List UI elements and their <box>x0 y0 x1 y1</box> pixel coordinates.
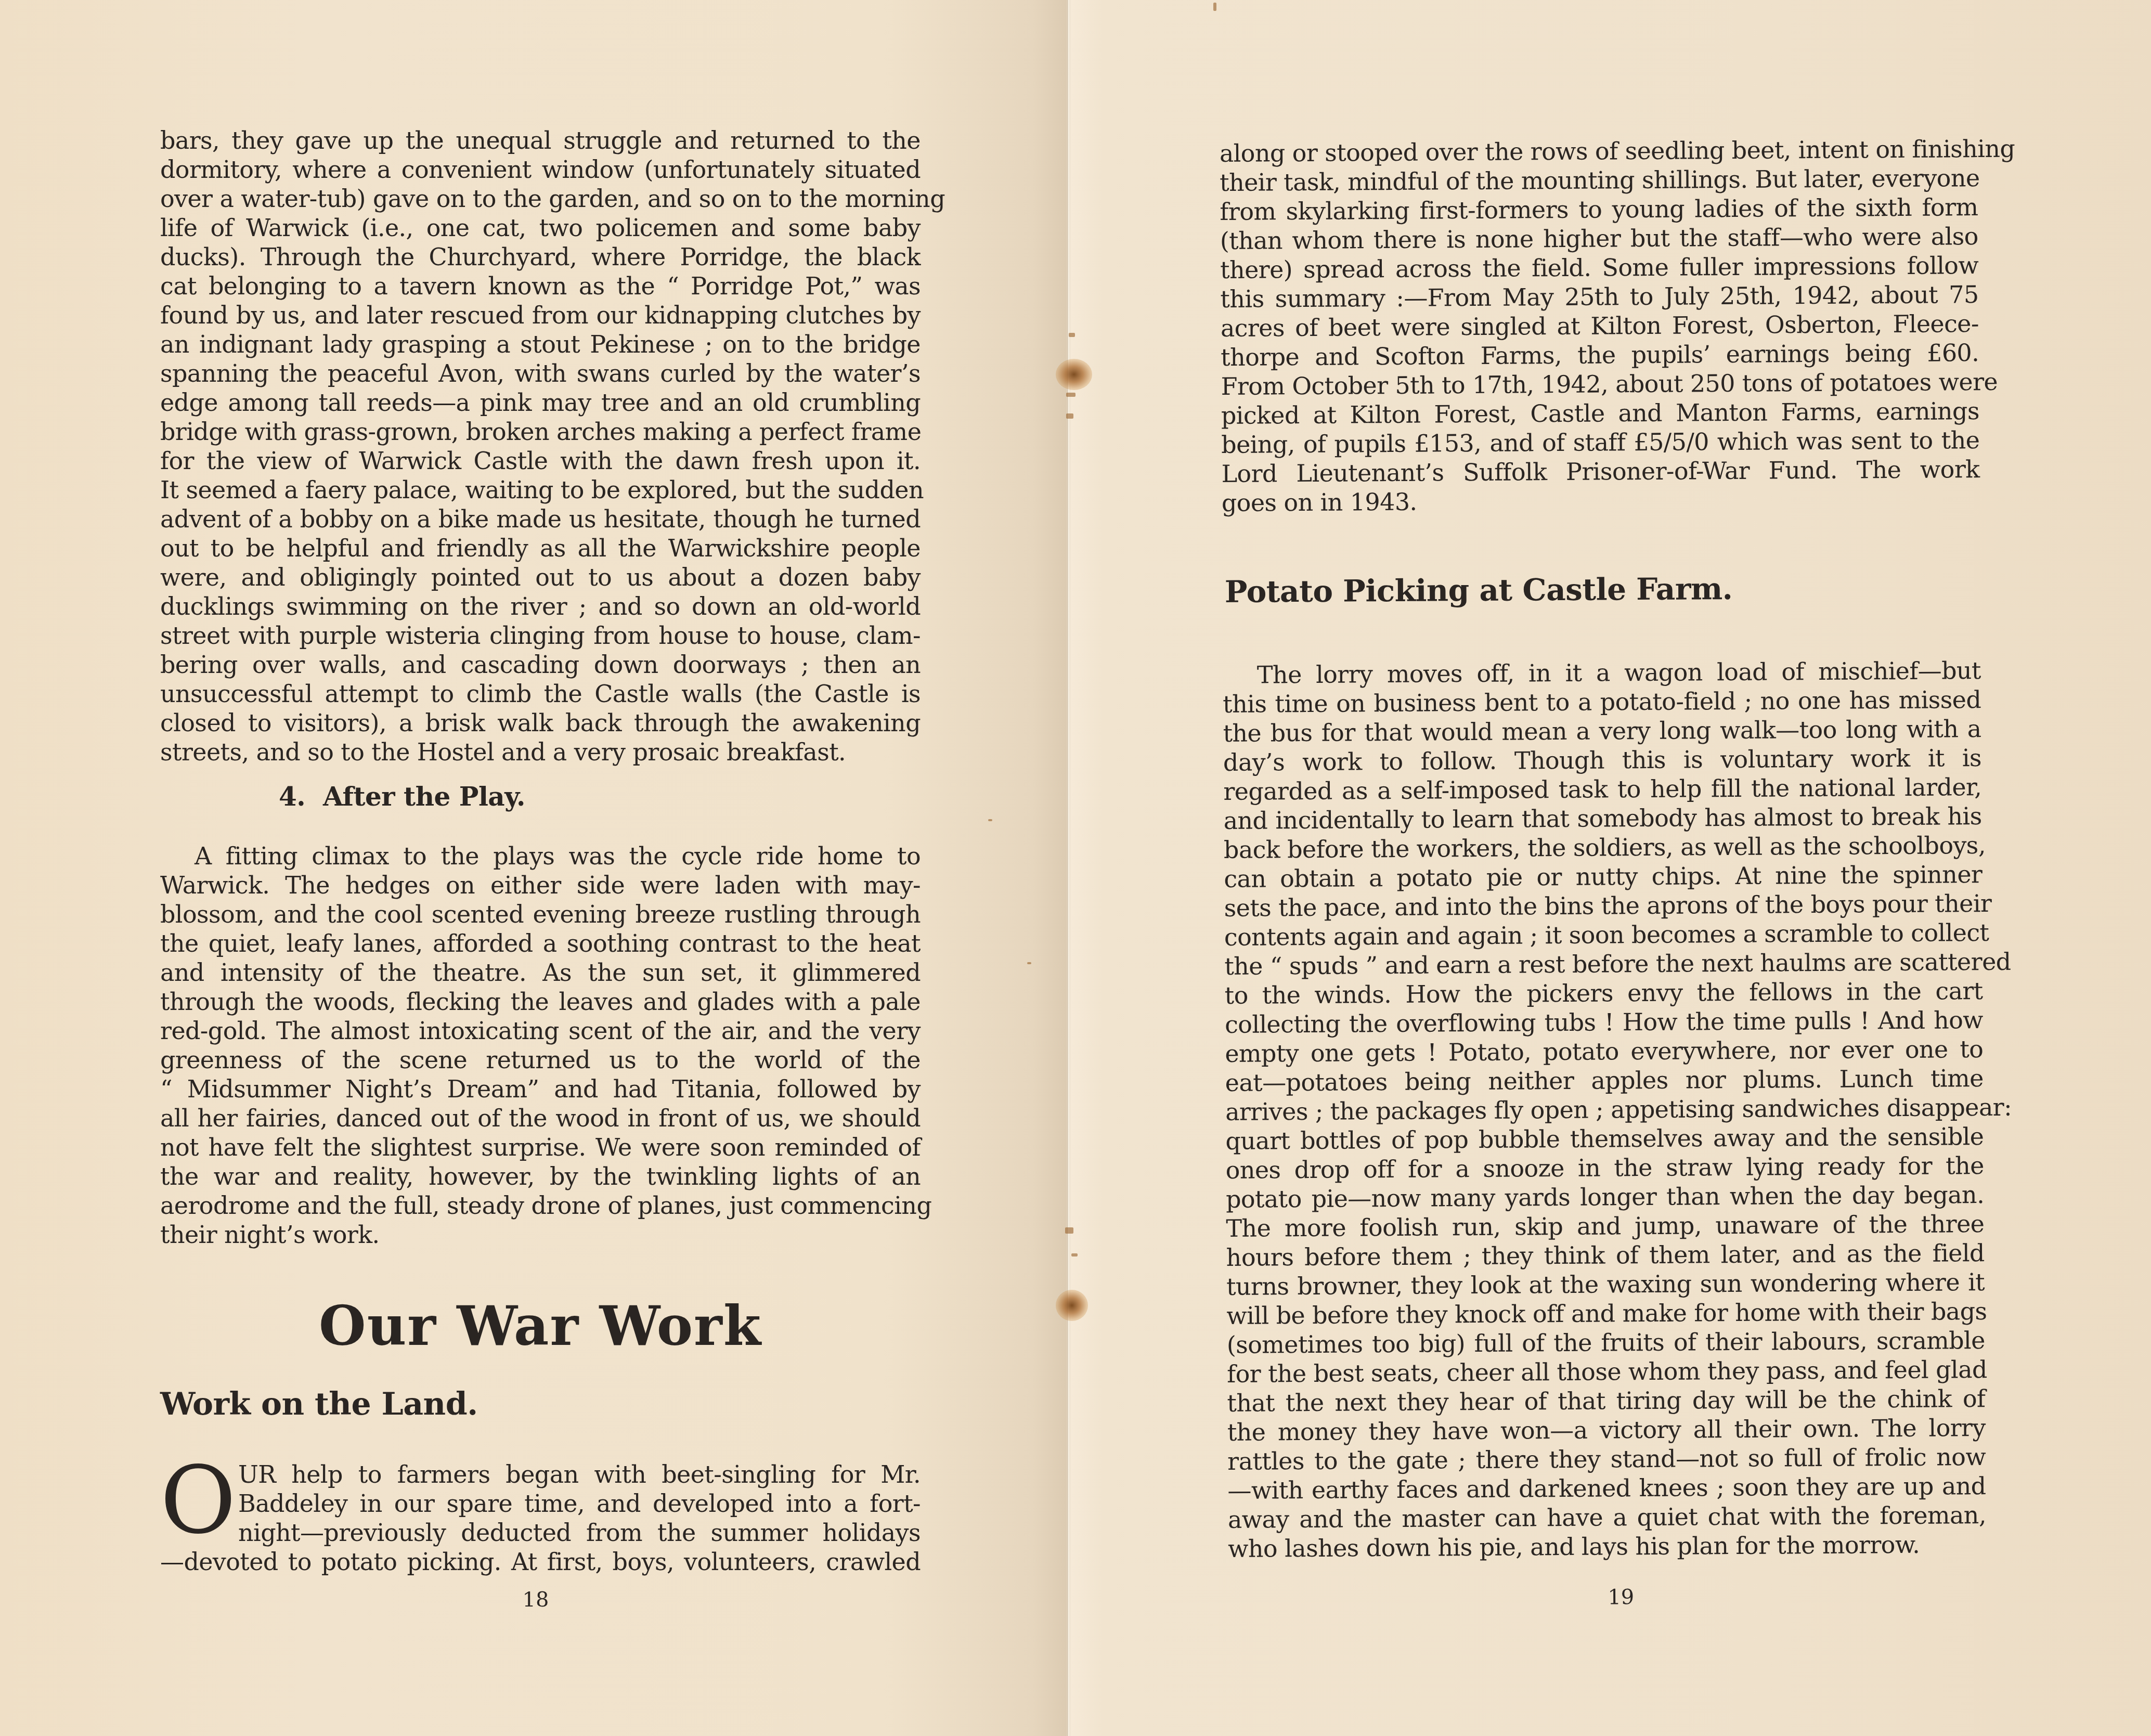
booklet-spread: bars, they gave up the unequal struggle … <box>0 0 2151 1736</box>
text-line: The more foolish run, skip and jump, una… <box>1226 1209 1984 1243</box>
text-line: cat belonging to a tavern known as the “… <box>160 271 921 301</box>
text-line: bridge with grass-grown, broken arches m… <box>160 417 921 446</box>
staple-stain-bottom <box>1056 1290 1088 1321</box>
text-line: closed to visitors), a brisk walk back t… <box>160 708 921 737</box>
text-line: rattles to the gate ; there they stand—n… <box>1227 1442 1986 1476</box>
text-line: ones drop off for a snooze in the straw … <box>1226 1151 1984 1185</box>
gutter-fold <box>1067 0 1070 1736</box>
text-line: and intensity of the theatre. As the sun… <box>160 958 921 987</box>
text-line: eat—potatoes being neither apples nor pl… <box>1225 1064 1984 1097</box>
text-line: to the winds. How the pickers envy the f… <box>1225 976 1983 1010</box>
text-line: bering over walls, and cascading down do… <box>160 650 921 679</box>
text-line: thorpe and Scofton Farms, the pupils’ ea… <box>1221 338 1979 372</box>
text-line: found by us, and later rescued from our … <box>160 301 921 330</box>
rust-speck <box>1065 1227 1073 1234</box>
subheading-work-on-the-land: Work on the Land. <box>160 1389 478 1420</box>
text-line: their night’s work. <box>160 1220 921 1249</box>
section-number: 4. <box>279 781 305 812</box>
text-line: night—previously deducted from the summe… <box>160 1518 921 1547</box>
text-line: from skylarking first-formers to young l… <box>1220 192 1978 226</box>
text-line: for the best seats, cheer all those whom… <box>1227 1355 1985 1389</box>
text-line: quart bottles of pop bubble themselves a… <box>1225 1122 1984 1156</box>
text-line: along or stooped over the rows of seedli… <box>1220 134 1978 168</box>
text-line: —with earthy faces and darkened knees ; … <box>1227 1471 1986 1505</box>
staple-stain-top <box>1056 359 1092 390</box>
text-line: aerodrome and the full, steady drone of … <box>160 1191 921 1220</box>
text-line: From October 5th to 17th, 1942, about 25… <box>1221 367 1979 401</box>
text-line: the bus for that would mean a very long … <box>1223 714 1981 748</box>
text-line: the “ spuds ” and earn a rest before the… <box>1224 947 1982 981</box>
text-line: blossom, and the cool scented evening br… <box>160 900 921 929</box>
text-line: not have felt the slightest surprise. We… <box>160 1133 921 1162</box>
text-line: Baddeley in our spare time, and develope… <box>160 1489 921 1518</box>
text-line: the war and reality, however, by the twi… <box>160 1162 921 1191</box>
text-line: all her fairies, danced out of the wood … <box>160 1104 921 1133</box>
rust-speck <box>1213 3 1216 11</box>
text-line: back before the workers, the soldiers, a… <box>1224 831 1982 864</box>
text-line: contents again and again ; it soon becom… <box>1224 918 1982 952</box>
text-line: advent of a bobby on a bike made us hesi… <box>160 504 921 534</box>
text-line: bars, they gave up the unequal struggle … <box>160 126 921 155</box>
text-line: dormitory, where a convenient window (un… <box>160 155 921 184</box>
text-line: streets, and so to the Hostel and a very… <box>160 737 921 767</box>
text-line: out to be helpful and friendly as all th… <box>160 534 921 563</box>
text-line: hours before them ; they think of them l… <box>1226 1238 1985 1272</box>
text-line: and incidentally to learn that somebody … <box>1223 801 1981 835</box>
text-line: goes on in 1943. <box>1222 484 1980 517</box>
text-line: regarded as a self-imposed task to help … <box>1223 772 1981 806</box>
text-line: their task, mindful of the mounting shil… <box>1220 163 1978 197</box>
text-line: collecting the overflowing tubs ! How th… <box>1225 1005 1983 1039</box>
rust-speck <box>1069 333 1075 337</box>
text-line: the money they have won—a victory all th… <box>1227 1413 1986 1447</box>
text-line: being, of pupils £153, and of staff £5/5… <box>1221 425 1979 459</box>
text-line: ducklings swimming on the river ; and so… <box>160 592 921 621</box>
section-heading-after-the-play: 4. After the Play. <box>279 781 525 812</box>
text-line: away and the master can have a quiet cha… <box>1228 1500 1986 1534</box>
text-line: Warwick. The hedges on either side were … <box>160 871 921 900</box>
text-line: this time on business bent to a potato-f… <box>1223 685 1981 719</box>
text-line: spanning the peaceful Avon, with swans c… <box>160 359 921 388</box>
text-line: street with purple wisteria clinging fro… <box>160 621 921 650</box>
subheading-potato-picking: Potato Picking at Castle Farm. <box>1225 573 1733 607</box>
text-line: It seemed a faery palace, waiting to be … <box>160 475 921 504</box>
text-line: (than whom there is none higher but the … <box>1220 222 1978 255</box>
text-line: unsuccessful attempt to climb the Castle… <box>160 679 921 708</box>
text-line: (sometimes too big) full of the fruits o… <box>1227 1326 1985 1359</box>
rust-speck <box>1071 1253 1078 1256</box>
text-line: edge among tall reeds—a pink may tree an… <box>160 388 921 417</box>
text-line: Lord Lieutenant’s Suffolk Prisoner-of-Wa… <box>1221 455 1979 488</box>
rust-speck <box>1066 393 1075 397</box>
text-line: A fitting climax to the plays was the cy… <box>160 841 921 871</box>
text-line: day’s work to follow. Though this is vol… <box>1223 743 1981 777</box>
text-line: turns browner, they look at the waxing s… <box>1226 1267 1985 1301</box>
text-line: arrives ; the packages fly open ; appeti… <box>1225 1093 1984 1126</box>
text-line: can obtain a potato pie or nutty chips. … <box>1224 860 1982 893</box>
text-line: “ Midsummer Night’s Dream” and had Titan… <box>160 1074 921 1104</box>
text-line: for the view of Warwick Castle with the … <box>160 446 921 475</box>
rust-speck <box>988 819 992 821</box>
text-line: red-gold. The almost intoxicating scent … <box>160 1016 921 1045</box>
text-line: will be before they knock off and make f… <box>1226 1297 1985 1330</box>
rust-speck <box>1066 413 1073 419</box>
page-number: 18 <box>484 1587 588 1612</box>
text-line: greenness of the scene returned us to th… <box>160 1045 921 1074</box>
page-number: 19 <box>1569 1585 1673 1610</box>
text-line: life of Warwick (i.e., one cat, two poli… <box>160 213 921 242</box>
rust-speck <box>1027 962 1031 964</box>
text-line: potato pie—now many yards longer than wh… <box>1226 1180 1984 1214</box>
text-line: the quiet, leafy lanes, afforded a sooth… <box>160 929 921 958</box>
section-title: After the Play. <box>323 781 525 812</box>
text-line: through the woods, flecking the leaves a… <box>160 987 921 1016</box>
left-page: bars, they gave up the unequal struggle … <box>160 0 921 1736</box>
page-title-our-war-work: Our War Work <box>160 1295 921 1357</box>
text-line: The lorry moves off, in it a wagon load … <box>1223 656 1981 690</box>
text-line: who lashes down his pie, and lays his pl… <box>1228 1530 1986 1563</box>
text-line: were, and obligingly pointed out to us a… <box>160 563 921 592</box>
text-line: that the next they hear of that tiring d… <box>1227 1384 1985 1418</box>
text-line: there) spread across the field. Some ful… <box>1220 251 1978 284</box>
text-line: sets the pace, and into the bins the apr… <box>1224 889 1982 923</box>
text-line: this summary :—From May 25th to July 25t… <box>1220 280 1978 314</box>
text-line: empty one gets ! Potato, potato everywhe… <box>1225 1034 1983 1068</box>
right-page: along or stooped over the rows of seedli… <box>1219 0 1987 1736</box>
text-line: an indignant lady grasping a stout Pekin… <box>160 330 921 359</box>
text-line: UR help to farmers began with beet-singl… <box>160 1460 921 1489</box>
text-line: picked at Kilton Forest, Castle and Mant… <box>1221 396 1979 430</box>
text-line: —devoted to potato picking. At first, bo… <box>160 1547 921 1576</box>
text-line: acres of beet were singled at Kilton For… <box>1221 309 1979 343</box>
text-line: over a water-tub) gave on to the garden,… <box>160 184 921 213</box>
text-line: ducks). Through the Churchyard, where Po… <box>160 242 921 271</box>
